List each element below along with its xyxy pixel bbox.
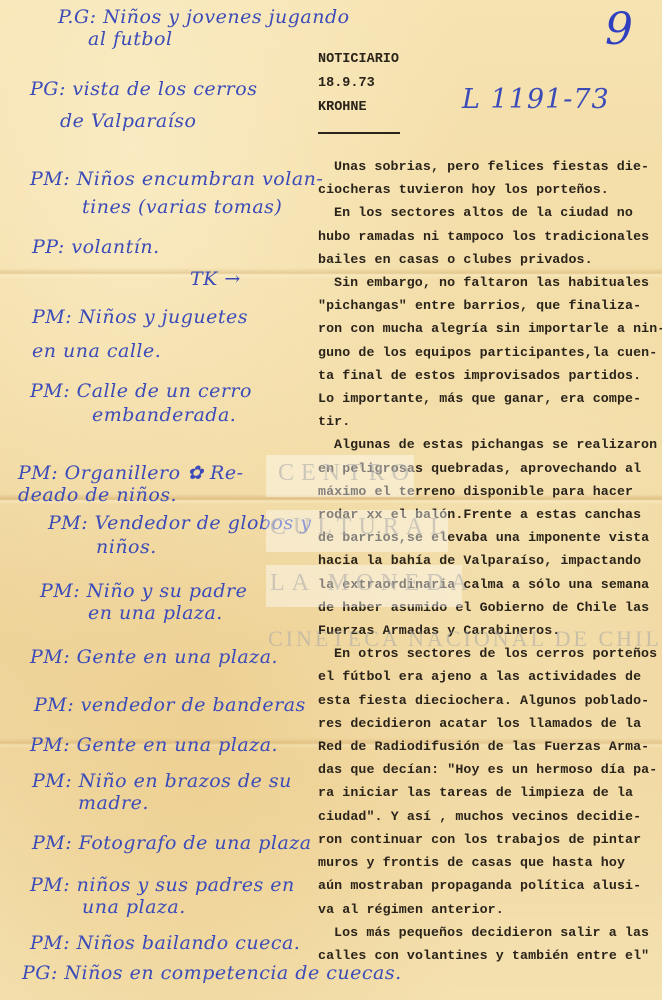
- document-header: NOTICIARIO 18.9.73 KROHNE: [318, 48, 400, 134]
- watermark-text: CINETECA NACIONAL DE CHILE: [268, 626, 662, 652]
- body-line: En los sectores altos de la ciudad no: [318, 201, 658, 224]
- body-line: ra iniciar las tareas de limpieza de la: [318, 781, 658, 804]
- body-line: bailes en casas o clubes privados.: [318, 248, 658, 271]
- body-line: ta final de estos improvisados partidos.: [318, 364, 658, 387]
- body-line: hubo ramadas ni tampoco los tradicionale…: [318, 225, 658, 248]
- body-line: das que decían: "Hoy es un hermoso día p…: [318, 758, 658, 781]
- body-line: aún mostraban propaganda política alusi-: [318, 874, 658, 897]
- typewritten-body: Unas sobrias, pero felices fiestas die- …: [318, 155, 658, 967]
- handwritten-note: TK →: [190, 268, 241, 290]
- body-line: muros y frontis de casas que hasta hoy: [318, 851, 658, 874]
- handwritten-note: PM: Gente en una plaza.: [30, 646, 278, 668]
- body-line: Los más pequeños decidieron salir a las: [318, 921, 658, 944]
- body-line: Sin embargo, no faltaron las habituales: [318, 271, 658, 294]
- handwritten-note: PM: vendedor de banderas: [34, 694, 306, 716]
- handwritten-note: PM: Organillero ✿ Re- deado de niños.: [18, 462, 244, 506]
- handwritten-note: PM: Niños y juguetes en una calle.: [32, 306, 248, 362]
- watermark-text: CENTRO: [278, 460, 416, 487]
- handwritten-note: PM: Niños encumbran volan- tines (varias…: [30, 168, 323, 218]
- body-line: "pichangas" entre barrios, que finaliza-: [318, 294, 658, 317]
- header-title: NOTICIARIO: [318, 48, 400, 72]
- watermark-text: LA MONEDA: [270, 570, 475, 597]
- body-line: Unas sobrias, pero felices fiestas die-: [318, 155, 658, 178]
- handwritten-note: PM: Niño y su padre en una plaza.: [40, 580, 247, 624]
- body-line: ron con mucha alegría sin importarle a n…: [318, 317, 658, 340]
- body-line: Algunas de estas pichangas se realizaron: [318, 433, 658, 456]
- body-line: esta fiesta dieciochera. Algunos poblado…: [318, 689, 658, 712]
- body-line: guno de los equipos participantes,la cue…: [318, 341, 658, 364]
- header-rule: [318, 132, 400, 134]
- handwritten-note: PG: vista de los cerros de Valparaíso: [30, 78, 257, 132]
- handwritten-note: PM: Gente en una plaza.: [30, 734, 278, 756]
- handwritten-note: PP: volantín.: [32, 236, 160, 258]
- body-line: res decidieron acatar los llamados de la: [318, 712, 658, 735]
- header-date: 18.9.73: [318, 72, 400, 96]
- handwritten-note: PM: Niño en brazos de su madre.: [32, 770, 292, 814]
- body-line: calles con volantines y también entre el…: [318, 944, 658, 967]
- handwritten-note: PM: Calle de un cerro embanderada.: [30, 380, 252, 426]
- body-line: ciocheras tuvieron hoy los porteños.: [318, 178, 658, 201]
- page-number: 9: [605, 8, 633, 52]
- body-line: va al régimen anterior.: [318, 898, 658, 921]
- header-author: KROHNE: [318, 96, 400, 120]
- body-line: Red de Radiodifusión de las Fuerzas Arma…: [318, 735, 658, 758]
- body-line: ciudad". Y así , muchos vecinos decidie-: [318, 805, 658, 828]
- handwritten-note: P.G: Niños y jovenes jugando al futbol: [58, 6, 350, 50]
- handwritten-note: PM: niños y sus padres en una plaza.: [30, 874, 295, 918]
- handwritten-note: PM: Niños bailando cueca.: [30, 932, 300, 954]
- watermark-text: CULTURAL: [270, 514, 452, 541]
- body-line: Lo importante, más que ganar, era compe-: [318, 387, 658, 410]
- body-line: ron continuar con los trabajos de pintar: [318, 828, 658, 851]
- reference-number: L 1191-73: [462, 84, 610, 115]
- body-line: tir.: [318, 410, 658, 433]
- body-line: el fútbol era ajeno a las actividades de: [318, 665, 658, 688]
- handwritten-note: PM: Fotografo de una plaza: [32, 832, 312, 854]
